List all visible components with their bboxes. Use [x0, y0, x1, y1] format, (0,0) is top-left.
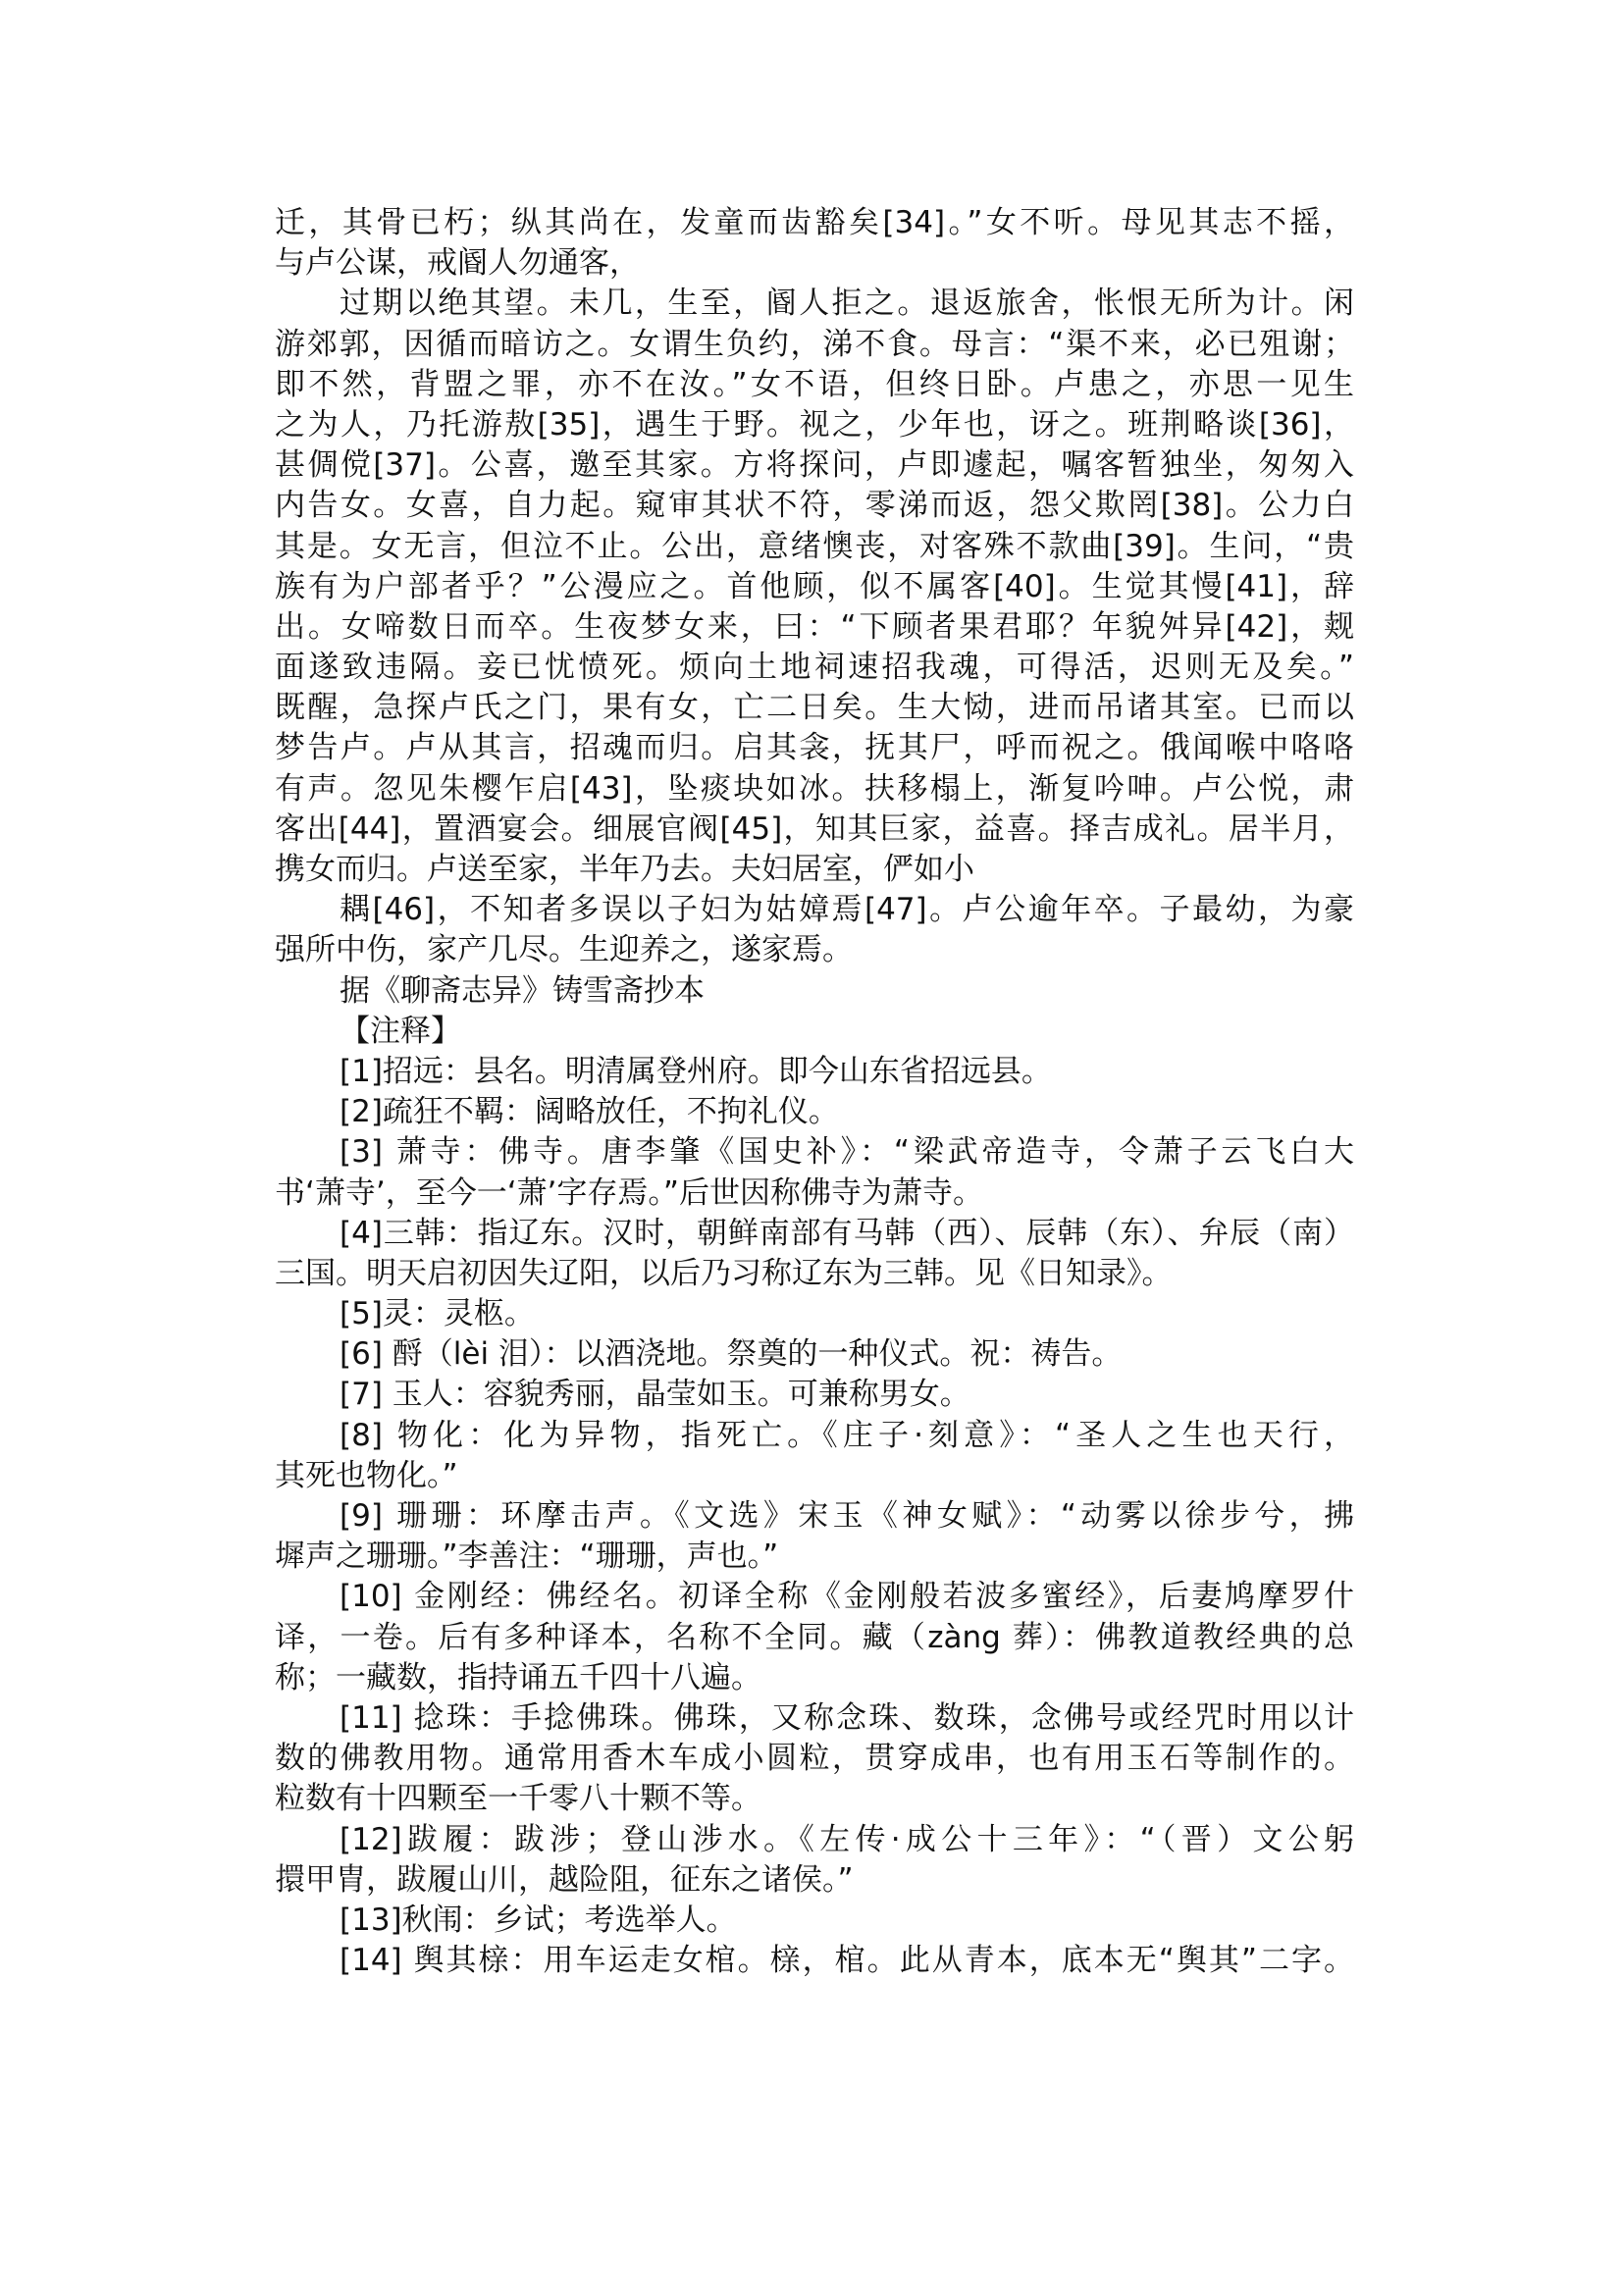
- text-line: 译，一卷。后有多种译本，名称不全同。藏（zàng 葬）：佛教道教经典的总: [275, 1618, 1354, 1658]
- text-line: [5]灵：灵柩。: [275, 1294, 1354, 1334]
- text-line: [14] 舆其榇：用车运走女棺。榇，棺。此从青本，底本无“舆其”二字。: [275, 1941, 1354, 1981]
- text-line: 擐甲胄，跋履山川，越险阻，征东之诸侯。”: [275, 1860, 1354, 1901]
- text-line: 内告女。女喜，自力起。窥审其状不符，零涕而返，怨父欺罔[38]。公力白: [275, 486, 1354, 526]
- text-line: 族有为户部者乎？”公漫应之。首他顾，似不属客[40]。生觉其慢[41]，辞: [275, 567, 1354, 607]
- text-line: 书‘萧寺’，至今一‘萧’字存焉。”后世因称佛寺为萧寺。: [275, 1173, 1354, 1214]
- text-line: 三国。明天启初因失辽阳，以后乃习称辽东为三韩。见《日知录》。: [275, 1254, 1354, 1294]
- text-line: 墀声之珊珊。”李善注：“珊珊，声也。”: [275, 1537, 1354, 1577]
- text-line: [1]招远：县名。明清属登州府。即今山东省招远县。: [275, 1052, 1354, 1092]
- text-line: 其死也物化。”: [275, 1456, 1354, 1496]
- text-line: [2]疏狂不羁：阔略放任，不拘礼仪。: [275, 1092, 1354, 1132]
- text-line: [10] 金刚经：佛经名。初译全称《金刚般若波多蜜经》，后妻鸠摩罗什: [275, 1577, 1354, 1617]
- text-line: 出。女啼数日而卒。生夜梦女来，曰：“下顾者果君耶？年貌舛异[42]，觌: [275, 607, 1354, 648]
- text-line: 游郊郭，因循而暗访之。女谓生负约，涕不食。母言：“渠不来，必已殂谢；: [275, 325, 1354, 365]
- text-line: 甚倜傥[37]。公喜，邀至其家。方将探问，卢即遽起，嘱客暂独坐，匆匆入: [275, 445, 1354, 486]
- text-line: 其是。女无言，但泣不止。公出，意绪懊丧，对客殊不款曲[39]。生问，“贵: [275, 527, 1354, 567]
- text-line: 梦告卢。卢从其言，招魂而归。启其衾，抚其尸，呼而祝之。俄闻喉中咯咯: [275, 728, 1354, 768]
- text-line: [7] 玉人：容貌秀丽，晶莹如玉。可兼称男女。: [275, 1375, 1354, 1415]
- text-line: 粒数有十四颗至一千零八十颗不等。: [275, 1779, 1354, 1819]
- text-line: 即不然，背盟之罪，亦不在汝。”女不语，但终日卧。卢患之，亦思一见生: [275, 365, 1354, 405]
- text-line: 面遂致违隔。妾已忧愤死。烦向土地祠速招我魂，可得活，迟则无及矣。”: [275, 648, 1354, 688]
- text-line: 据《聊斋志异》铸雪斋抄本: [275, 971, 1354, 1012]
- text-line: [9] 珊珊：环摩击声。《文选》宋玉《神女赋》：“动雾以徐步兮，拂: [275, 1496, 1354, 1537]
- text-line: [4]三韩：指辽东。汉时，朝鲜南部有马韩（西）、辰韩（东）、弁辰（南）: [275, 1214, 1354, 1254]
- text-line: [11] 捻珠：手捻佛珠。佛珠，又称念珠、数珠，念佛号或经咒时用以计: [275, 1698, 1354, 1739]
- text-line: 强所中伤，家产几尽。生迎养之，遂家焉。: [275, 930, 1354, 970]
- text-line: 过期以绝其望。未几，生至，阍人拒之。退返旅舍，怅恨无所为计。闲: [275, 284, 1354, 324]
- text-line: 迁，其骨已朽；纵其尚在，发童而齿豁矣[34]。”女不听。母见其志不摇，: [275, 203, 1354, 243]
- text-line: 之为人，乃托游敖[35]，遇生于野。视之，少年也，讶之。班荆略谈[36]，: [275, 405, 1354, 445]
- document-page: 迁，其骨已朽；纵其尚在，发童而齿豁矣[34]。”女不听。母见其志不摇，与卢公谋，…: [275, 203, 1354, 1981]
- text-line: 称；一藏数，指持诵五千四十八遍。: [275, 1658, 1354, 1698]
- text-line: 既醒，急探卢氏之门，果有女，亡二日矣。生大恸，进而吊诸其室。已而以: [275, 688, 1354, 728]
- text-line: [8] 物化：化为异物，指死亡。《庄子·刻意》：“圣人之生也天行，: [275, 1416, 1354, 1456]
- text-line: 客出[44]，置酒宴会。细展官阀[45]，知其巨家，益喜。择吉成礼。居半月，: [275, 809, 1354, 850]
- text-line: [6] 酹（lèi 泪）：以酒浇地。祭奠的一种仪式。祝：祷告。: [275, 1334, 1354, 1375]
- text-line: 与卢公谋，戒阍人勿通客，: [275, 243, 1354, 284]
- text-line: 耦[46]，不知者多误以子妇为姑嫜焉[47]。卢公逾年卒。子最幼，为豪: [275, 890, 1354, 930]
- text-line: [12]跋履：跋涉；登山涉水。《左传·成公十三年》：“（晋）文公躬: [275, 1820, 1354, 1860]
- text-line: [3] 萧寺：佛寺。唐李肇《国史补》：“梁武帝造寺，令萧子云飞白大: [275, 1132, 1354, 1173]
- text-line: 【注释】: [275, 1012, 1354, 1052]
- text-line: [13]秋闱：乡试；考选举人。: [275, 1901, 1354, 1941]
- text-line: 数的佛教用物。通常用香木车成小圆粒，贯穿成串，也有用玉石等制作的。: [275, 1739, 1354, 1779]
- text-line: 有声。忽见朱樱乍启[43]，坠痰块如冰。扶移榻上，渐复吟呻。卢公悦，肃: [275, 769, 1354, 809]
- text-line: 携女而归。卢送至家，半年乃去。夫妇居室，俨如小: [275, 850, 1354, 890]
